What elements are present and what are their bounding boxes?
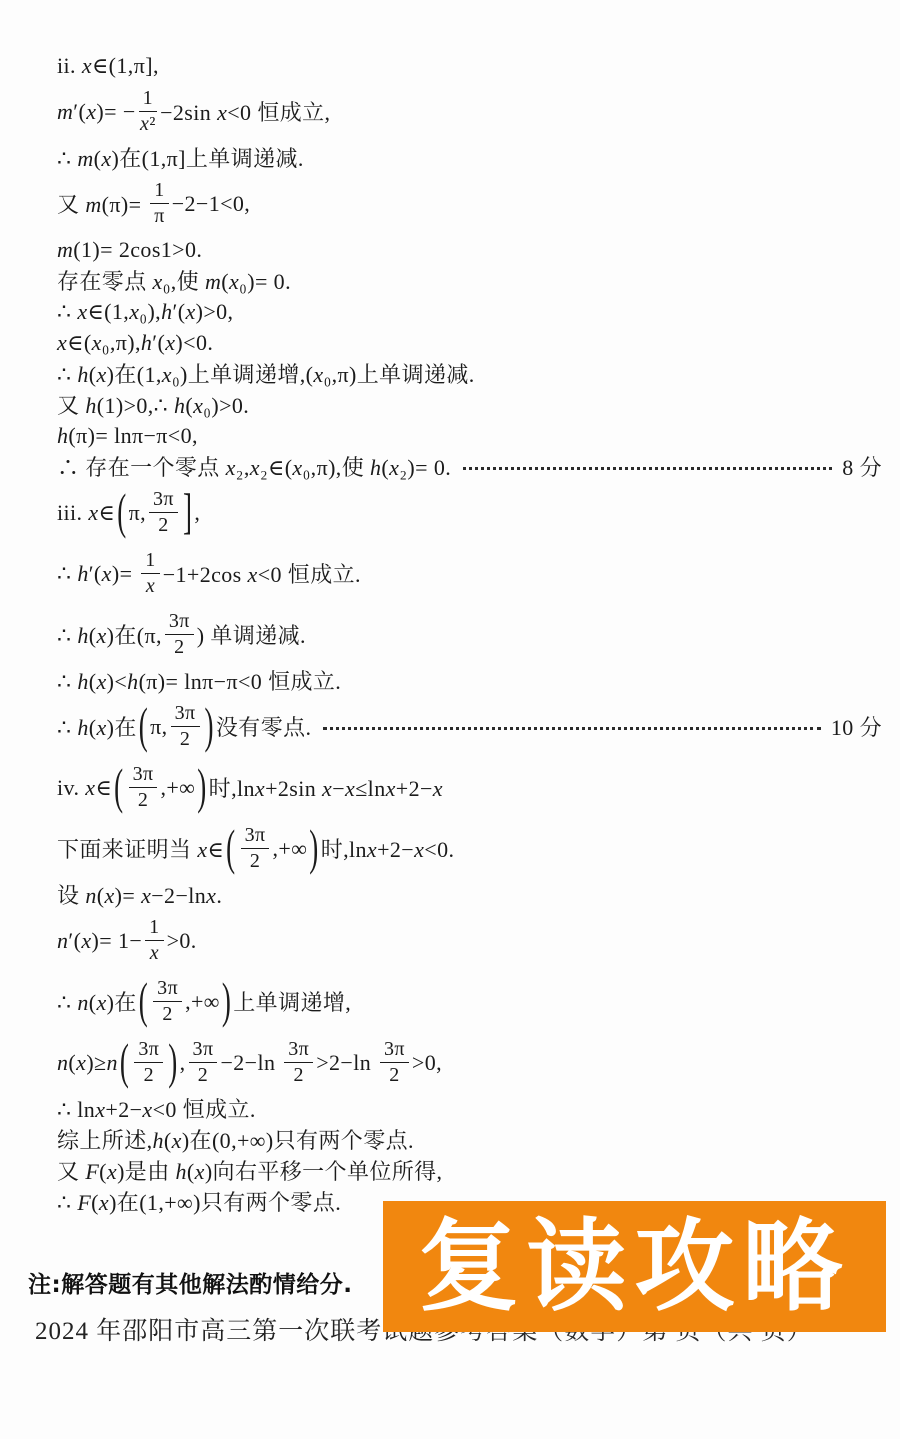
math-line: n′(x)= 1−1x>0. — [0, 910, 900, 971]
math-text: iv. x∈ — [57, 775, 112, 801]
math-text: −2−1<0, — [172, 191, 251, 217]
fraction: 3π2 — [134, 1038, 163, 1087]
math-text: ∴ h(x)在(1,x₀)上单调递增,(x₀,π)上单调递减. — [57, 358, 475, 389]
document-page: ii. x∈(1,π],m′(x)= −1x²−2sin x<0 恒成立,∴ m… — [0, 0, 900, 1439]
grading-note: 注:解答题有其他解法酌情给分. — [28, 1266, 352, 1299]
fraction: 3π2 — [241, 824, 270, 873]
math-line: m(1)= 2cos1>0. — [0, 234, 900, 265]
math-text: ∴ 存在一个零点 x₂,x₂∈(x₀,π),使 h(x₂)= 0. — [57, 451, 451, 482]
math-text: 没有零点. — [216, 711, 312, 742]
fraction: 1π — [150, 179, 168, 228]
math-text: ,+∞ — [272, 836, 307, 862]
math-text: π, — [129, 500, 146, 526]
math-line: ∴ h(x)<h(π)= lnπ−π<0 恒成立. — [0, 665, 900, 696]
fraction: 1x — [145, 916, 163, 965]
math-text: ) 单调递减. — [197, 619, 306, 650]
math-text: h(π)= lnπ−π<0, — [57, 423, 198, 449]
math-text: >0, — [412, 1050, 442, 1076]
math-text: 综上所述,h(x)在(0,+∞)只有两个零点. — [57, 1124, 414, 1155]
math-text: m(1)= 2cos1>0. — [57, 237, 202, 263]
math-text: ∴ h(x)在 — [57, 711, 137, 742]
math-text: n(x)≥n — [57, 1050, 118, 1076]
math-line: ∴ h(x)在(π,3π2)没有零点.10 分 — [0, 696, 900, 757]
fraction: 3π2 — [165, 610, 194, 659]
math-line: ii. x∈(1,π], — [0, 50, 900, 81]
big-delimiter: ( — [139, 698, 148, 755]
math-line: ∴ h(x)在(π,3π2) 单调递减. — [0, 604, 900, 665]
math-text: , — [194, 500, 200, 526]
big-delimiter: ) — [309, 820, 318, 877]
math-text: ,+∞ — [160, 775, 195, 801]
math-text: 又 h(1)>0,∴ h(x₀)>0. — [57, 389, 249, 420]
overlay-banner: 复读攻略 — [383, 1201, 886, 1332]
fraction: 1x² — [139, 87, 157, 136]
big-delimiter: ( — [117, 484, 126, 541]
big-delimiter: ) — [197, 759, 206, 816]
math-line: m′(x)= −1x²−2sin x<0 恒成立, — [0, 81, 900, 142]
math-text: >2−ln — [316, 1050, 377, 1076]
banner-text: 复读攻略 — [419, 1217, 851, 1317]
math-line: iii. x∈(π,3π2], — [0, 482, 900, 543]
math-text: 又 m(π)= — [57, 188, 147, 219]
math-line: x∈(x₀,π),h′(x)<0. — [0, 327, 900, 358]
math-text: 时,lnx+2−x<0. — [321, 833, 455, 864]
big-delimiter: ( — [139, 973, 148, 1030]
math-line: 存在零点 x₀,使 m(x₀)= 0. — [0, 265, 900, 296]
fraction: 3π2 — [284, 1038, 313, 1087]
math-line: 又 h(1)>0,∴ h(x₀)>0. — [0, 389, 900, 420]
fraction: 3π2 — [380, 1038, 409, 1087]
math-text: 下面来证明当 x∈ — [57, 833, 224, 864]
math-text: 上单调递增, — [233, 986, 351, 1017]
math-text: ∴ h(x)在(π, — [57, 619, 162, 650]
fraction: 3π2 — [189, 1038, 218, 1087]
math-line: n(x)≥n(3π2),3π2−2−ln 3π2>2−ln 3π2>0, — [0, 1032, 900, 1093]
math-line: 又 m(π)= 1π−2−1<0, — [0, 173, 900, 234]
fraction: 1x — [141, 549, 159, 598]
math-line: 设 n(x)= x−2−lnx. — [0, 879, 900, 910]
math-line: 下面来证明当 x∈(3π2,+∞)时,lnx+2−x<0. — [0, 818, 900, 879]
math-text: , — [180, 1050, 186, 1076]
solution-lines: ii. x∈(1,π],m′(x)= −1x²−2sin x<0 恒成立,∴ m… — [0, 0, 900, 1217]
math-line: ∴ lnx+2−x<0 恒成立. — [0, 1093, 900, 1124]
math-text: ii. x∈(1,π], — [57, 53, 159, 79]
math-text: ∴ lnx+2−x<0 恒成立. — [57, 1093, 256, 1124]
big-delimiter: ) — [205, 698, 214, 755]
math-line: ∴ m(x)在(1,π]上单调递减. — [0, 142, 900, 173]
math-line: ∴ x∈(1,x₀),h′(x)>0, — [0, 296, 900, 327]
math-text: −2sin x<0 恒成立, — [160, 96, 330, 127]
fraction: 3π2 — [153, 977, 182, 1026]
big-delimiter: ( — [120, 1034, 129, 1091]
big-delimiter: ( — [226, 820, 235, 877]
big-delimiter: ) — [168, 1034, 177, 1091]
math-text: iii. x∈ — [57, 500, 115, 526]
math-text: ,+∞ — [185, 989, 220, 1015]
fraction: 3π2 — [149, 488, 178, 537]
big-delimiter: ] — [183, 484, 192, 541]
dotted-leader — [463, 463, 832, 470]
math-text: ∴ x∈(1,x₀),h′(x)>0, — [57, 299, 233, 325]
score-label: 10 分 — [831, 711, 882, 742]
math-text: n′(x)= 1− — [57, 928, 142, 954]
math-text: ∴ h′(x)= — [57, 561, 138, 587]
math-text: m′(x)= − — [57, 99, 136, 125]
math-line: ∴ h′(x)= 1x−1+2cos x<0 恒成立. — [0, 543, 900, 604]
math-text: 又 F(x)是由 h(x)向右平移一个单位所得, — [57, 1155, 442, 1186]
big-delimiter: ) — [222, 973, 231, 1030]
math-line: 综上所述,h(x)在(0,+∞)只有两个零点. — [0, 1124, 900, 1155]
fraction: 3π2 — [129, 763, 158, 812]
math-text: 存在零点 x₀,使 m(x₀)= 0. — [57, 265, 291, 296]
math-text: x∈(x₀,π),h′(x)<0. — [57, 330, 213, 356]
big-delimiter: ( — [114, 759, 123, 816]
math-text: >0. — [167, 928, 197, 954]
math-text: 时,lnx+2sin x−x≤lnx+2−x — [209, 772, 443, 803]
math-text: ∴ n(x)在 — [57, 986, 137, 1017]
math-line: 又 F(x)是由 h(x)向右平移一个单位所得, — [0, 1155, 900, 1186]
math-text: −1+2cos x<0 恒成立. — [163, 558, 361, 589]
math-text: ∴ F(x)在(1,+∞)只有两个零点. — [57, 1186, 341, 1217]
math-line: ∴ n(x)在(3π2,+∞)上单调递增, — [0, 971, 900, 1032]
math-text: ∴ h(x)<h(π)= lnπ−π<0 恒成立. — [57, 665, 341, 696]
math-text: π, — [150, 714, 167, 740]
math-line: ∴ h(x)在(1,x₀)上单调递增,(x₀,π)上单调递减. — [0, 358, 900, 389]
dotted-leader — [323, 723, 820, 730]
math-line: iv. x∈(3π2,+∞)时,lnx+2sin x−x≤lnx+2−x — [0, 757, 900, 818]
math-line: h(π)= lnπ−π<0, — [0, 420, 900, 451]
math-line: ∴ 存在一个零点 x₂,x₂∈(x₀,π),使 h(x₂)= 0.8 分 — [0, 451, 900, 482]
math-text: −2−ln — [220, 1050, 281, 1076]
score-label: 8 分 — [842, 451, 882, 482]
fraction: 3π2 — [171, 702, 200, 751]
math-text: ∴ m(x)在(1,π]上单调递减. — [57, 142, 304, 173]
math-text: 设 n(x)= x−2−lnx. — [57, 879, 222, 910]
